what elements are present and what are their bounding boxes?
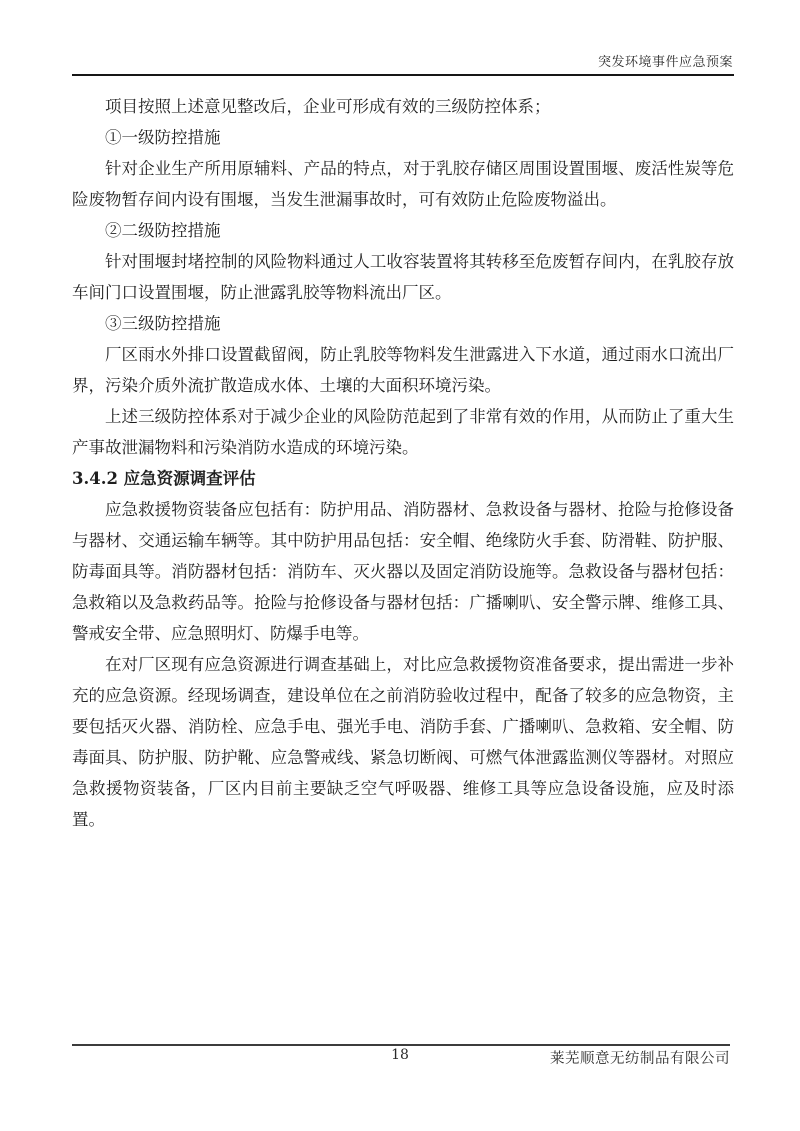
footer-rule xyxy=(72,1044,730,1046)
document-page: 突发环境事件应急预案 项目按照上述意见整改后，企业可形成有效的三级防控体系； ①… xyxy=(0,0,800,1131)
label-level3-control: ③三级防控措施 xyxy=(72,308,734,339)
label-level1-control: ①一级防控措施 xyxy=(72,122,734,153)
p-level3-control: 厂区雨水外排口设置截留阀，防止乳胶等物料发生泄露进入下水道，通过雨水口流出厂界，… xyxy=(72,339,734,401)
p-control-summary: 上述三级防控体系对于减少企业的风险防范起到了非常有效的作用，从而防止了重大生产事… xyxy=(72,401,734,463)
footer-company-name: 莱芜顺意无纺制品有限公司 xyxy=(72,1047,730,1068)
header-rule xyxy=(72,74,734,76)
header-title: 突发环境事件应急预案 xyxy=(72,51,733,70)
section-heading-3-4-2: 3.4.2 应急资源调查评估 xyxy=(72,463,734,494)
document-body: 项目按照上述意见整改后，企业可形成有效的三级防控体系； ①一级防控措施 针对企业… xyxy=(72,91,734,835)
label-level2-control: ②二级防控措施 xyxy=(72,215,734,246)
p-resource-survey: 在对厂区现有应急资源进行调查基础上，对比应急救援物资准备要求，提出需进一步补充的… xyxy=(72,649,734,835)
p-level2-control: 针对围堰封堵控制的风险物料通过人工收容装置将其转移至危废暂存间内，在乳胶存放车间… xyxy=(72,246,734,308)
p-overview: 项目按照上述意见整改后，企业可形成有效的三级防控体系； xyxy=(72,91,734,122)
p-level1-control: 针对企业生产所用原辅料、产品的特点，对于乳胶存储区周围设置围堰、废活性炭等危险废… xyxy=(72,153,734,215)
p-emergency-supplies: 应急救援物资装备应包括有：防护用品、消防器材、急救设备与器材、抢险与抢修设备与器… xyxy=(72,494,734,649)
